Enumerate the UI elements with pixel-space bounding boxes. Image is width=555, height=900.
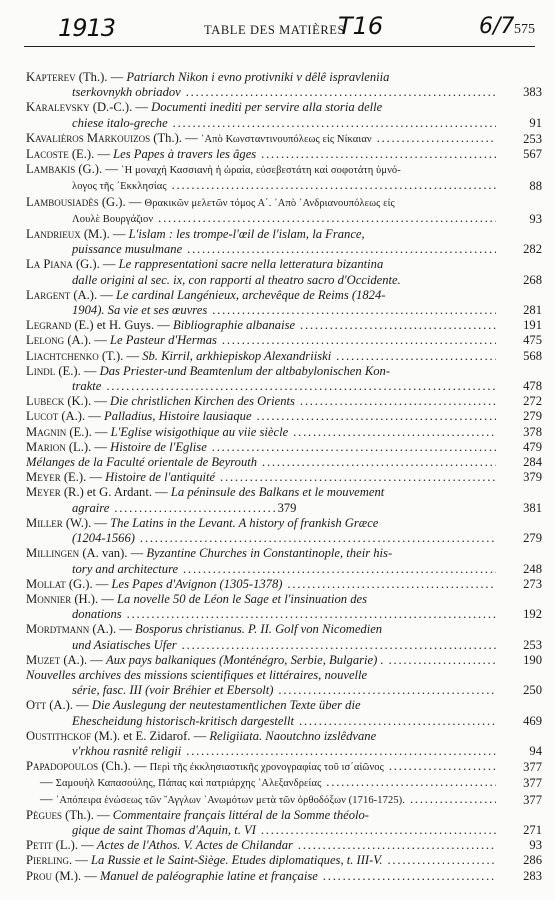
entry-author-rest: (A.). —: [58, 409, 104, 423]
entry-line-1: Karalevsky (D.-C.). — Documenti inediti …: [26, 100, 496, 115]
leader-dots: [101, 379, 496, 393]
leader-dots: [167, 178, 496, 192]
entry-page-number: 381: [502, 501, 542, 516]
entry-line-2: agraire ................................…: [26, 501, 496, 516]
index-entry: — ᾿Απόπειρα ἑνώσεως τῶν ῎Αγγλων ᾿Ανωμότω…: [26, 792, 542, 808]
entry-author: Petit: [26, 838, 53, 852]
entry-line-1: Liachtchenko (T.). — Sb. Kirril, arkhiep…: [26, 349, 496, 364]
entry-author-rest: (L.). —: [53, 838, 97, 852]
entry-page-number: 283: [502, 869, 542, 884]
entry-author-rest: (G.). —: [99, 195, 145, 209]
entry-title: Das Priester-und Beamtenlum der altbabyl…: [100, 364, 390, 378]
index-entry: Ott (A.). — Die Auslegung der neutestame…: [26, 698, 542, 728]
leader-dots: [288, 425, 496, 439]
entry-title-continued: Ehescheidung historisch-kritisch dargest…: [72, 714, 294, 728]
index-entry: Legrand (E.) et H. Guys. — Bibliographie…: [26, 318, 542, 333]
leader-dots: [168, 116, 496, 130]
entry-line-1: Mordtmann (A.). — Bosporus christianus. …: [26, 622, 496, 637]
entry-page-number: 192: [502, 607, 542, 622]
leader-dots: [321, 775, 496, 789]
entry-title: Documenti inediti per servire alla stori…: [151, 100, 382, 114]
index-entry: La Piana (G.). — Le rappresentationi sac…: [26, 257, 542, 287]
entry-title: Σαμουὴλ Καπασούλης, Πάπας καὶ πατριάρχης…: [56, 778, 322, 789]
entry-author: La Piana: [26, 257, 73, 271]
entry-page-number: 279: [502, 409, 542, 424]
index-entry: Mélanges de la Faculté orientale de Beyr…: [26, 455, 542, 470]
entry-title-continued: λογος τῆς ᾿Εκκλησίας: [72, 181, 167, 192]
entry-line-2: λογος τῆς ᾿Εκκλησίας: [26, 178, 496, 194]
leader-dots: [282, 577, 496, 591]
index-entry: — Σαμουὴλ Καπασούλης, Πάπας καὶ πατριάρχ…: [26, 775, 542, 791]
leader-dots: [256, 823, 496, 837]
index-entry: Kavalièros Markouizos (Th.). — ᾿Απὸ Κωνσ…: [26, 131, 542, 147]
entry-title: Aux pays balkaniques (Monténégro, Serbie…: [106, 653, 384, 667]
header-rule: [24, 46, 535, 47]
entry-page-number: 93: [502, 838, 542, 853]
entry-author-rest: (A.). —: [70, 288, 116, 302]
entry-author-rest: . —: [69, 853, 91, 867]
entry-page-number: 377: [502, 776, 542, 791]
index-entry: Monnier (H.). — La novelle 50 de Léon le…: [26, 592, 542, 622]
leader-dots: [178, 562, 496, 576]
entry-title: Manuel de paléographie latine et françai…: [100, 869, 318, 883]
entry-title-continued: gique de saint Thomas d'Aquin, t. VI: [72, 823, 256, 837]
entry-line-1: Kapterev (Th.). — Patriarch Nikon i evno…: [26, 70, 496, 85]
entry-page-number: 378: [502, 425, 542, 440]
entry-author: Pierling: [26, 853, 69, 867]
entry-author-rest: (L.). —: [66, 440, 110, 454]
entry-page-number: 286: [502, 853, 542, 868]
entry-line-2: Ehescheidung historisch-kritisch dargest…: [26, 714, 496, 729]
entry-line-1: Kavalièros Markouizos (Th.). — ᾿Απὸ Κωνσ…: [26, 131, 496, 147]
index-entry: Magnin (E.). — L'Eglise wisigothique au …: [26, 425, 542, 440]
entry-title-continued: chiese italo-greche: [72, 116, 168, 130]
entry-title: Histoire de l'antiquité: [105, 470, 215, 484]
entry-author-rest: (A.). —: [64, 333, 110, 347]
entry-page-number: 268: [502, 273, 542, 288]
entry-page-number: 475: [502, 333, 542, 348]
entry-title: Byzantine Churches in Constantinople, th…: [146, 546, 392, 560]
entry-title-continued: (1204-1566): [72, 531, 135, 545]
entry-line-1: Miller (W.). — The Latins in the Levant.…: [26, 516, 496, 531]
leader-dots: [405, 792, 496, 806]
entry-page-number: 91: [502, 116, 542, 131]
leader-dots: [384, 759, 496, 773]
entry-line-1: Magnin (E.). — L'Eglise wisigothique au …: [26, 425, 496, 440]
entry-page-number: 248: [502, 562, 542, 577]
entry-title: ᾿Απόπειρα ἑνώσεως τῶν ῎Αγγλων ᾿Ανωμότων …: [56, 795, 405, 806]
leader-dots: [181, 744, 496, 758]
index-entry: Pègues (Th.). — Commentaire français lit…: [26, 808, 542, 838]
entry-line-1: Meyer (E.). — Histoire de l'antiquité: [26, 470, 496, 485]
entry-page-number: 377: [502, 760, 542, 775]
entry-author: Papadopoulos: [26, 759, 98, 773]
entry-page-number: 271: [502, 823, 542, 838]
entry-line-2: tory and architecture: [26, 562, 496, 577]
entry-line-1: Muzet (A.). — Aux pays balkaniques (Mont…: [26, 653, 496, 668]
entry-title: Actes de l'Athos. V. Actes de Chilandar: [97, 838, 293, 852]
handwritten-volume: T16: [338, 12, 383, 40]
entry-title: Patriarch Nikon i evno protivniki v dêlê…: [126, 70, 389, 84]
entry-page-number: 478: [502, 379, 542, 394]
entry-line-2: série, fasc. III (voir Bréhier et Eberso…: [26, 683, 496, 698]
entry-author: Meyer: [26, 470, 61, 484]
entry-author: Oustithckof: [26, 729, 91, 743]
leader-dots: [177, 638, 496, 652]
entry-line-1: Marion (L.). — Histoire de l'Eglise: [26, 440, 496, 455]
leader-dots: [295, 318, 496, 332]
entry-line-1: Landrieux (M.). — L'islam : les trompe-l…: [26, 227, 496, 242]
entry-author-rest: (T.). —: [99, 349, 142, 363]
entry-title-continued: agraire: [72, 501, 109, 515]
entry-author: Magnin: [26, 425, 66, 439]
entry-author: Pègues: [26, 808, 62, 822]
entry-line-1: Lucot (A.). — Palladius, Histoire lausia…: [26, 409, 496, 424]
entry-line-2: chiese italo-greche: [26, 116, 496, 131]
index-entry: Meyer (E.). — Histoire de l'antiquité379: [26, 470, 542, 485]
entry-author: Lacoste: [26, 147, 69, 161]
entry-author: Ott: [26, 698, 46, 712]
entry-title: L'Eglise wisigothique au viie siècle: [111, 425, 289, 439]
entry-title: La péninsule des Balkans et le mouvement: [171, 485, 384, 499]
entry-line-1: Meyer (R.) et G. Ardant. — La péninsule …: [26, 485, 496, 500]
entry-line-2: gique de saint Thomas d'Aquin, t. VI: [26, 823, 496, 838]
entry-page-number: 93: [502, 212, 542, 227]
entry-title: La novelle 50 de Léon le Sage et l'insin…: [117, 592, 367, 606]
entry-title-continued: tserkovnykh obriadov: [72, 85, 181, 99]
leader-dots: [383, 853, 496, 867]
leader-dots: [256, 147, 496, 161]
entry-line-2: donations: [26, 607, 496, 622]
entry-line-1: Largent (A.). — Le cardinal Langénieux, …: [26, 288, 496, 303]
entry-line-1: Pègues (Th.). — Commentaire français lit…: [26, 808, 496, 823]
entry-author-rest: (W.). —: [63, 516, 110, 530]
leader-dots: [293, 838, 496, 852]
entry-title-continued: 1904). Sa vie et ses œuvres: [72, 303, 207, 317]
index-list: Kapterev (Th.). — Patriarch Nikon i evno…: [26, 70, 542, 884]
entry-page-number: 279: [502, 531, 542, 546]
entry-line-2: Λουλὲ Βουργάζιον: [26, 211, 496, 227]
leader-dots: [207, 440, 496, 454]
entry-line-1: — Σαμουὴλ Καπασούλης, Πάπας καὶ πατριάρχ…: [26, 775, 496, 791]
entry-title-continued: v'rkhou rasnitê religii: [72, 744, 181, 758]
index-entry: Lelong (A.). — Le Pasteur d'Hermas475: [26, 333, 542, 348]
leader-dots: [122, 607, 496, 621]
index-entry: Lucot (A.). — Palladius, Histoire lausia…: [26, 409, 542, 424]
page-number: 575: [514, 22, 535, 38]
leader-dots: [181, 85, 496, 99]
entry-title-continued: dalle origini al sec. ix, con rapporti a…: [72, 273, 401, 287]
index-entry: Muzet (A.). — Aux pays balkaniques (Mont…: [26, 653, 542, 668]
entry-page-number: 383: [502, 85, 542, 100]
entry-title: Les Papes à travers les âges: [113, 147, 256, 161]
leader-dots: [153, 211, 496, 225]
entry-title: Le cardinal Langénieux, archevêque de Re…: [116, 288, 385, 302]
entry-page-number: 88: [502, 179, 542, 194]
index-entry: Kapterev (Th.). — Patriarch Nikon i evno…: [26, 70, 542, 100]
entry-author-rest: (Th.). —: [76, 70, 127, 84]
index-entry: Lubeck (K.). — Die christlichen Kirchen …: [26, 394, 542, 409]
handwritten-fraction: 6/7: [479, 14, 514, 39]
index-entry: Pierling. — La Russie et le Saint-Siège.…: [26, 853, 542, 868]
entry-page-number: 379: [502, 470, 542, 485]
entry-author: Liachtchenko: [26, 349, 99, 363]
entry-title: Religiiata. Naoutchno izslêdvane: [209, 729, 376, 743]
entry-author-rest: (M.). —: [52, 869, 100, 883]
index-entry: Lacoste (E.). — Les Papes à travers les …: [26, 147, 542, 162]
entry-title: Nouvelles archives des missions scientif…: [26, 668, 367, 682]
entry-line-1: Lambakis (G.). — ῾Η μοναχὴ Κασσιανὴ ἡ ὡρ…: [26, 162, 496, 178]
entry-line-1: Lelong (A.). — Le Pasteur d'Hermas: [26, 333, 496, 348]
leader-dots: [273, 683, 496, 697]
entry-author-rest: (A. van). —: [79, 546, 146, 560]
leader-dots: [135, 531, 496, 545]
entry-author-rest: (A.). —: [60, 653, 106, 667]
entry-title: Palladius, Histoire lausiaque: [104, 409, 252, 423]
handwritten-year: 1913: [58, 14, 115, 42]
index-entry: Oustithckof (M.). et E. Zidarof. — Relig…: [26, 729, 542, 759]
leader-dots: [252, 409, 496, 423]
entry-line-2: und Asiatisches Ufer: [26, 638, 496, 653]
entry-title: L'islam : les trompe-l'œil de l'islam, l…: [129, 227, 365, 241]
index-entry: Lambousiadès (G.). — Θρακικῶν μελετῶν τό…: [26, 195, 542, 227]
leader-dots: [372, 131, 496, 145]
index-entry: Millingen (A. van). — Byzantine Churches…: [26, 546, 542, 576]
entry-author-rest: (Th.). —: [62, 808, 113, 822]
entry-line-1: Millingen (A. van). — Byzantine Churches…: [26, 546, 496, 561]
entry-line-2: v'rkhou rasnitê religii: [26, 744, 496, 759]
entry-line-1: Mollat (G.). — Les Papes d'Avignon (1305…: [26, 577, 496, 592]
entry-author: Millingen: [26, 546, 79, 560]
entry-author: Kapterev: [26, 70, 76, 84]
entry-page-number: 190: [502, 653, 542, 668]
entry-line-2: trakte: [26, 379, 496, 394]
leader-dots: [384, 653, 496, 667]
entry-author: Karalevsky: [26, 100, 90, 114]
leader-dots: [217, 333, 496, 347]
index-entry: Liachtchenko (T.). — Sb. Kirril, arkhiep…: [26, 349, 542, 364]
entry-author: Lelong: [26, 333, 64, 347]
entry-page-number: 282: [502, 242, 542, 257]
entry-line-1: Monnier (H.). — La novelle 50 de Léon le…: [26, 592, 496, 607]
entry-author-rest: (G.). —: [66, 577, 112, 591]
index-entry: Landrieux (M.). — L'islam : les trompe-l…: [26, 227, 542, 257]
leader-dots: [207, 303, 496, 317]
entry-author: Lambakis: [26, 162, 75, 176]
entry-line-1: Legrand (E.) et H. Guys. — Bibliographie…: [26, 318, 496, 333]
running-title: TABLE DES MATIÈRES: [204, 23, 345, 38]
entry-author-rest: (A.). —: [46, 698, 92, 712]
entry-title-continued: trakte: [72, 379, 101, 393]
entry-author: Lucot: [26, 409, 58, 423]
entry-title-continued: donations: [72, 607, 122, 621]
index-entry: Lindl (E.). — Das Priester-und Beamtenlu…: [26, 364, 542, 394]
entry-page-number: 567: [502, 147, 542, 162]
entry-author: Kavalièros Markouizos: [26, 131, 150, 145]
leader-dots: [257, 455, 496, 469]
leader-dots: [215, 470, 496, 484]
index-entry: Lambakis (G.). — ῾Η μοναχὴ Κασσιανὴ ἡ ὡρ…: [26, 162, 542, 194]
entry-author: Lubeck: [26, 394, 64, 408]
entry-line-2: puissance musulmane: [26, 242, 496, 257]
entry-title: Sb. Kirril, arkhiepiskop Alexandriiski: [142, 349, 331, 363]
leader-dots: [182, 242, 496, 256]
entry-title: Les Papes d'Avignon (1305-1378): [112, 577, 283, 591]
entry-page-number: 568: [502, 349, 542, 364]
entry-title: Mélanges de la Faculté orientale de Beyr…: [26, 455, 257, 469]
inline-page-ref: 379: [278, 501, 297, 515]
index-entry: Papadopoulos (Ch.). — Περὶ τῆς ἐκκλησιασ…: [26, 759, 542, 775]
entry-line-1: Lacoste (E.). — Les Papes à travers les …: [26, 147, 496, 162]
entry-author: Lindl: [26, 364, 55, 378]
leader-dots: .................................: [109, 501, 277, 515]
entry-line-1: — ᾿Απόπειρα ἑνώσεως τῶν ῎Αγγλων ᾿Ανωμότω…: [26, 792, 496, 808]
entry-line-2: tserkovnykh obriadov: [26, 85, 496, 100]
entry-title: La Russie et le Saint-Siège. Etudes dipl…: [91, 853, 382, 867]
entry-line-1: Lambousiadès (G.). — Θρακικῶν μελετῶν τό…: [26, 195, 496, 211]
entry-author-rest: (A.). —: [89, 622, 135, 636]
entry-title: Le Pasteur d'Hermas: [110, 333, 217, 347]
entry-author: Landrieux: [26, 227, 81, 241]
entry-page-number: 250: [502, 683, 542, 698]
entry-page-number: 284: [502, 455, 542, 470]
entry-author-rest: —: [40, 775, 56, 789]
index-entry: Prou (M.). — Manuel de paléographie lati…: [26, 869, 542, 884]
entry-title: Le rappresentationi sacre nella letterat…: [119, 257, 384, 271]
entry-author: Meyer: [26, 485, 61, 499]
entry-page-number: 377: [502, 793, 542, 808]
index-entry: Karalevsky (D.-C.). — Documenti inediti …: [26, 100, 542, 130]
entry-author-rest: (H.). —: [71, 592, 117, 606]
entry-title: Histoire de l'Eglise: [110, 440, 207, 454]
entry-author: Marion: [26, 440, 66, 454]
entry-author-rest: (E.) et H. Guys. —: [71, 318, 173, 332]
entry-title: Θρακικῶν μελετῶν τόμος Α΄. ᾿Απὸ ᾿Ανδριαν…: [145, 198, 395, 209]
index-entry: Largent (A.). — Le cardinal Langénieux, …: [26, 288, 542, 318]
index-entry: Meyer (R.) et G. Ardant. — La péninsule …: [26, 485, 542, 515]
entry-author-rest: —: [40, 792, 56, 806]
entry-title-continued: und Asiatisches Ufer: [72, 638, 177, 652]
entry-author: Monnier: [26, 592, 71, 606]
entry-author: Prou: [26, 869, 52, 883]
entry-author: Legrand: [26, 318, 71, 332]
entry-title-continued: Λουλὲ Βουργάζιον: [72, 214, 153, 225]
entry-line-1: Pierling. — La Russie et le Saint-Siège.…: [26, 853, 496, 868]
entry-author: Mollat: [26, 577, 66, 591]
entry-page-number: 281: [502, 303, 542, 318]
index-entry: Petit (L.). — Actes de l'Athos. V. Actes…: [26, 838, 542, 853]
entry-author-rest: (G.). —: [73, 257, 119, 271]
entry-line-2: 1904). Sa vie et ses œuvres: [26, 303, 496, 318]
index-entry: Marion (L.). — Histoire de l'Eglise479: [26, 440, 542, 455]
entry-title: Die christlichen Kirchen des Orients: [110, 394, 295, 408]
entry-line-1: La Piana (G.). — Le rappresentationi sac…: [26, 257, 496, 272]
entry-author: Mordtmann: [26, 622, 89, 636]
entry-author-rest: (G.). —: [75, 162, 121, 176]
entry-line-1: Mélanges de la Faculté orientale de Beyr…: [26, 455, 496, 470]
entry-line-1: Papadopoulos (Ch.). — Περὶ τῆς ἐκκλησιασ…: [26, 759, 496, 775]
entry-author-rest: (Th.). —: [150, 131, 201, 145]
leader-dots: [318, 869, 496, 883]
entry-title: Bibliographie albanaise: [173, 318, 295, 332]
leader-dots: [295, 394, 496, 408]
index-entry: Mollat (G.). — Les Papes d'Avignon (1305…: [26, 577, 542, 592]
entry-author-rest: (M.). et E. Zidarof. —: [91, 729, 209, 743]
entry-line-1: Lubeck (K.). — Die christlichen Kirchen …: [26, 394, 496, 409]
index-entry: Mordtmann (A.). — Bosporus christianus. …: [26, 622, 542, 652]
entry-author-rest: (K.). —: [64, 394, 110, 408]
entry-author: Muzet: [26, 653, 60, 667]
entry-line-1: Oustithckof (M.). et E. Zidarof. — Relig…: [26, 729, 496, 744]
entry-title: ῾Η μοναχὴ Κασσιανὴ ἡ ὡραία, εὐσεβεστάτη …: [121, 165, 401, 176]
entry-title-continued: puissance musulmane: [72, 242, 182, 256]
entry-line-2: dalle origini al sec. ix, con rapporti a…: [26, 273, 496, 288]
entry-author-rest: (R.) et G. Ardant. —: [61, 485, 171, 499]
entry-title: Bosporus christianus. P. II. Golf von Ni…: [135, 622, 382, 636]
entry-author-rest: (D.-C.). —: [90, 100, 152, 114]
entry-title: Die Auslegung der neutestamentlichen Tex…: [92, 698, 361, 712]
entry-page-number: 272: [502, 394, 542, 409]
index-entry: Nouvelles archives des missions scientif…: [26, 668, 542, 698]
leader-dots: [331, 349, 496, 363]
entry-page-number: 253: [502, 638, 542, 653]
index-entry: Miller (W.). — The Latins in the Levant.…: [26, 516, 542, 546]
entry-title: Περὶ τῆς ἐκκλησιαστικῆς χρονογραφίας τοῦ…: [150, 762, 384, 773]
entry-title: The Latins in the Levant. A history of f…: [110, 516, 378, 530]
entry-line-1: Petit (L.). — Actes de l'Athos. V. Actes…: [26, 838, 496, 853]
entry-author-rest: (Ch.). —: [98, 759, 149, 773]
entry-page-number: 94: [502, 744, 542, 759]
entry-author: Largent: [26, 288, 70, 302]
entry-page-number: 273: [502, 577, 542, 592]
entry-line-1: Lindl (E.). — Das Priester-und Beamtenlu…: [26, 364, 496, 379]
entry-author-rest: (M.). —: [81, 227, 129, 241]
entry-line-1: Ott (A.). — Die Auslegung der neutestame…: [26, 698, 496, 713]
entry-title-continued: série, fasc. III (voir Bréhier et Eberso…: [72, 683, 273, 697]
entry-page-number: 253: [502, 132, 542, 147]
leader-dots: [294, 714, 496, 728]
entry-page-number: 469: [502, 714, 542, 729]
entry-author-rest: (E.). —: [66, 425, 110, 439]
entry-author: Miller: [26, 516, 63, 530]
entry-line-1: Prou (M.). — Manuel de paléographie lati…: [26, 869, 496, 884]
entry-line-2: (1204-1566): [26, 531, 496, 546]
page-header: 1913 TABLE DES MATIÈRES T16 6/7 575: [24, 14, 535, 46]
entry-title-continued: tory and architecture: [72, 562, 178, 576]
entry-author-rest: (E.). —: [61, 470, 105, 484]
entry-author: Lambousiadès: [26, 195, 99, 209]
entry-author-rest: (E.). —: [69, 147, 113, 161]
entry-page-number: 479: [502, 440, 542, 455]
entry-page-number: 191: [502, 318, 542, 333]
entry-title: Commentaire français littéral de la Somm…: [113, 808, 369, 822]
entry-author-rest: (E.). —: [55, 364, 99, 378]
entry-title: ᾿Απὸ Κωνσταντινουπόλεως εἰς Νίκαιαν: [201, 134, 372, 145]
entry-line-1: Nouvelles archives des missions scientif…: [26, 668, 496, 683]
